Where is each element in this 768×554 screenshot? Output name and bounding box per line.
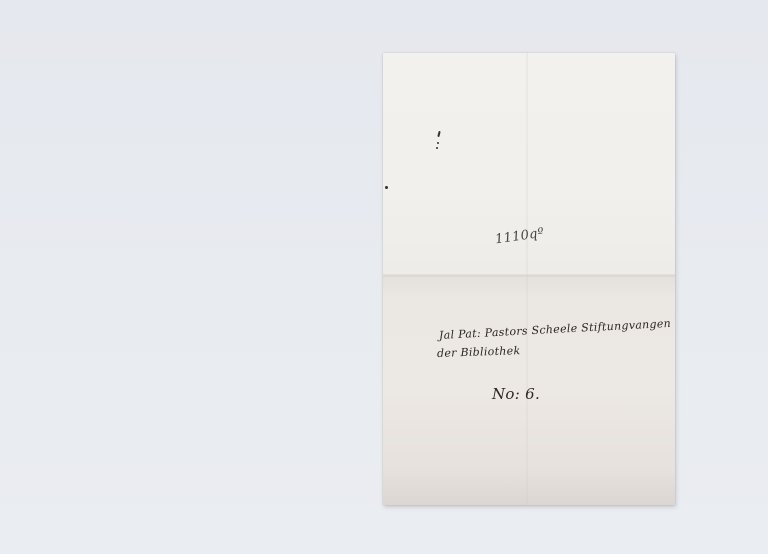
- document-paper: 1110qº Jal Pat: Pastors Scheele Stiftung…: [383, 53, 675, 505]
- horizontal-fold: [383, 274, 675, 277]
- ink-spot: [437, 142, 439, 144]
- document-number: No: 6.: [492, 385, 540, 403]
- ink-spot: [436, 147, 438, 149]
- ink-spot: [385, 186, 388, 189]
- vertical-crease: [526, 53, 528, 505]
